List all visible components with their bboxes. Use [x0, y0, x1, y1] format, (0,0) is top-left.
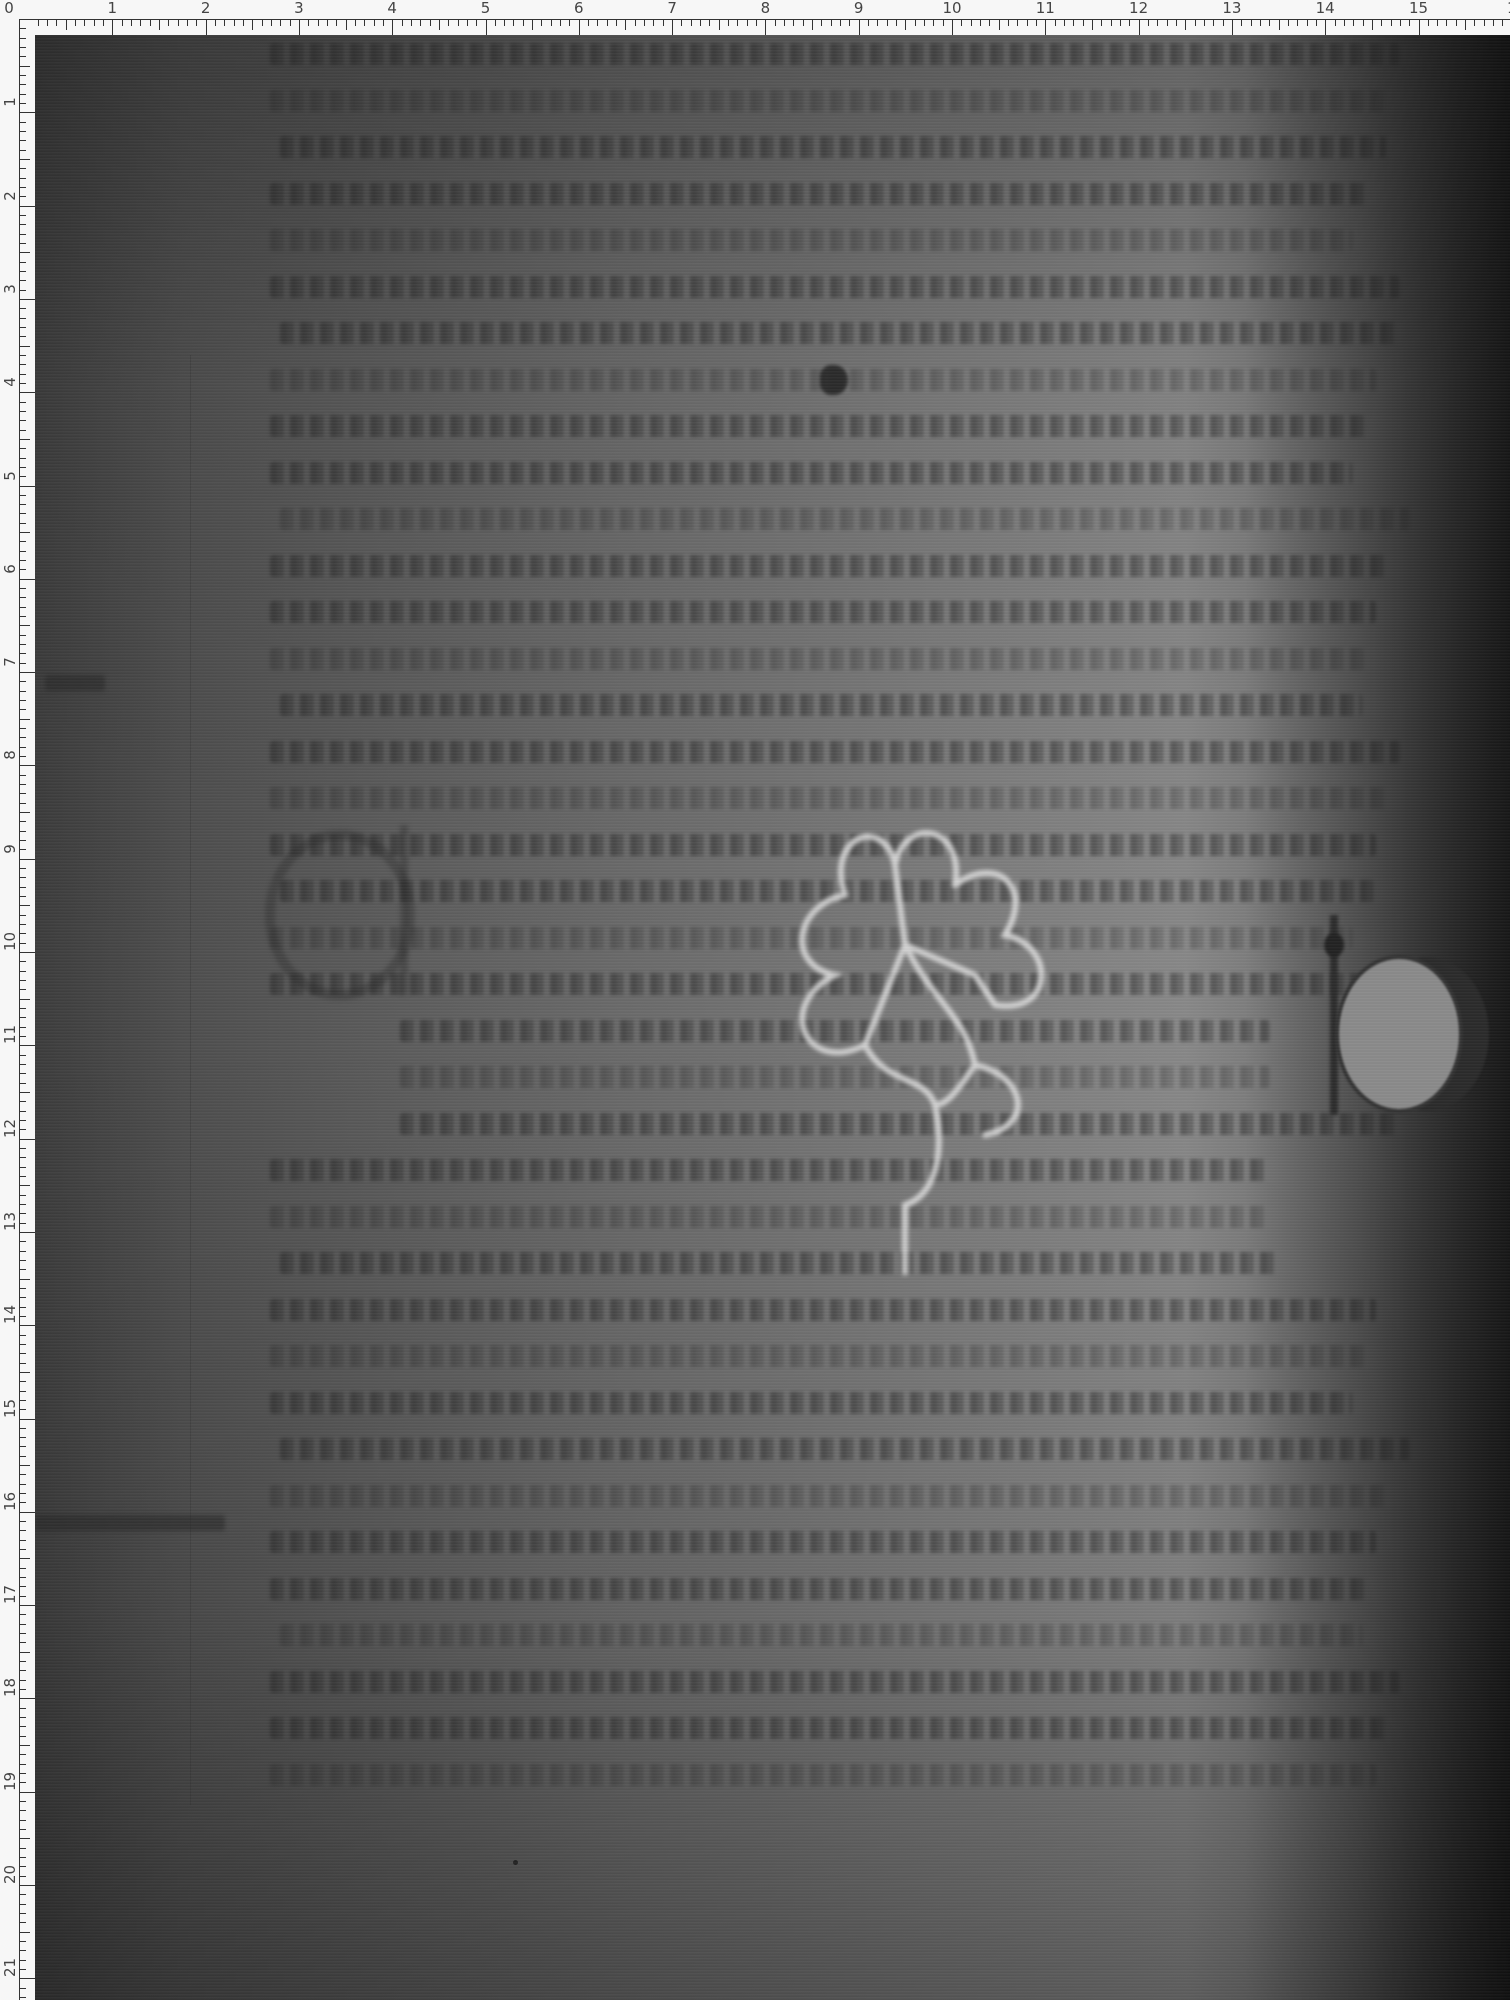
ruler-tick [1465, 19, 1466, 30]
ruler-tick [19, 1820, 26, 1821]
ruler-tick [877, 19, 878, 26]
manuscript-text-line [280, 322, 1398, 344]
ruler-tick [19, 663, 26, 664]
ruler-tick [775, 19, 776, 26]
ruler-tick [1232, 19, 1233, 35]
ghost-initial-d [265, 830, 415, 1000]
ruler-tick [19, 672, 35, 673]
ruler-tick [243, 19, 244, 26]
ruler-tick [19, 439, 30, 440]
ruler-tick [19, 1605, 35, 1606]
ruler-tick [719, 19, 720, 30]
ruler-tick [19, 635, 26, 636]
manuscript-text-line [270, 1299, 1376, 1321]
ruler-top-label: 1 [108, 0, 118, 16]
ruler-tick [1073, 19, 1074, 26]
ruler-tick [178, 19, 179, 26]
ruler-left-label: 10 [2, 933, 18, 951]
ruler-tick [19, 1241, 26, 1242]
ruler-tick [19, 1288, 26, 1289]
ruler-tick [19, 1017, 26, 1018]
ruler-tick [94, 19, 95, 26]
ruler-tick [784, 19, 785, 26]
ruler-tick [271, 19, 272, 26]
ruler-tick [84, 19, 85, 26]
ruler-tick [476, 19, 477, 26]
ruler-tick [1502, 19, 1503, 26]
ruler-tick [19, 299, 35, 300]
ruler-tick [1335, 19, 1336, 26]
margin-ruling-line [190, 355, 191, 1805]
ruler-tick [1036, 19, 1037, 26]
ruler-tick [19, 1456, 26, 1457]
manuscript-text-line [270, 1764, 1376, 1786]
ruler-tick [19, 1419, 35, 1420]
ruler-left-label: 9 [2, 840, 18, 858]
ruler-left-label: 1 [2, 93, 18, 111]
ruler-tick [19, 486, 35, 487]
ruler-tick [19, 140, 26, 141]
ruler-tick [19, 1838, 30, 1839]
ruler-tick [19, 1810, 26, 1811]
ruler-tick [19, 523, 26, 524]
ruler-tick [346, 19, 347, 30]
ruler-tick [66, 19, 67, 30]
ruler-tick [1241, 19, 1242, 26]
manuscript-text-line [270, 1671, 1400, 1693]
ruler-tick [19, 318, 26, 319]
ruler-left-baseline [19, 19, 20, 2000]
ink-speck [513, 1860, 518, 1865]
manuscript-text-line [270, 43, 1400, 65]
ruler-tick [19, 1325, 35, 1326]
ruler-tick [19, 1997, 26, 1998]
ruler-tick [19, 336, 26, 337]
ruler-tick [19, 1857, 26, 1858]
ruler-tick [19, 430, 26, 431]
ruler-tick [196, 19, 197, 26]
ruler-tick [19, 1372, 30, 1373]
ruler-tick [19, 728, 26, 729]
ruler-tick [803, 19, 804, 26]
ruler-tick [19, 271, 26, 272]
ruler-tick [19, 1922, 26, 1923]
ruler-tick [607, 19, 608, 26]
ruler-tick [1260, 19, 1261, 26]
ruler-tick [19, 719, 30, 720]
ruler-tick [19, 700, 26, 701]
ruler-tick [159, 19, 160, 30]
ruler-tick [19, 1530, 26, 1531]
ruler-tick [495, 19, 496, 26]
ruler-tick [19, 681, 26, 682]
ruler-tick [859, 19, 860, 35]
ruler-tick [19, 215, 26, 216]
ruler-tick [1139, 19, 1140, 35]
ruler-tick [19, 364, 26, 365]
ruler-tick [19, 467, 26, 468]
ruler-tick [616, 19, 617, 26]
ruler-tick [19, 1335, 26, 1336]
ruler-left-label: 18 [2, 1679, 18, 1697]
ruler-tick [19, 411, 26, 412]
ruler-tick [1167, 19, 1168, 26]
ruler-tick [140, 19, 141, 26]
ruler-tick [19, 234, 26, 235]
ruler-tick [19, 1111, 26, 1112]
ruler-tick [943, 19, 944, 26]
ruler-tick [933, 19, 934, 26]
small-initial-d [820, 365, 848, 395]
ruler-tick [1316, 19, 1317, 26]
ruler-tick [19, 812, 30, 813]
ruler-top-label: 10 [942, 0, 961, 16]
ruler-tick [756, 19, 757, 26]
ruler-tick [19, 1176, 26, 1177]
ruler-left-label: 13 [2, 1213, 18, 1231]
ruler-tick [19, 1624, 26, 1625]
ruler-tick [19, 644, 26, 645]
ruler-tick [19, 653, 26, 654]
ruler-tick [19, 1586, 26, 1587]
ruler-tick [19, 159, 30, 160]
ruler-tick [19, 187, 26, 188]
ruler-left-label: 14 [2, 1306, 18, 1324]
watermark-flower-icon [735, 775, 1095, 1275]
ruler-tick [19, 989, 26, 990]
ruler-tick [672, 19, 673, 35]
ruler-tick [355, 19, 356, 26]
ruler-tick [19, 19, 35, 20]
ruler-tick [19, 112, 35, 113]
ruler-tick [19, 1913, 26, 1914]
ruler-tick [19, 252, 30, 253]
ruler-tick [19, 1848, 26, 1849]
manuscript-text-line [270, 276, 1400, 298]
ruler-tick [47, 19, 48, 26]
ruler-tick [19, 1512, 35, 1513]
ruler-tick [635, 19, 636, 26]
ruler-tick [19, 1652, 30, 1653]
ruler-tick [75, 19, 76, 26]
ruler-tick [19, 1745, 30, 1746]
ruler-tick [19, 1251, 26, 1252]
ruler-tick [19, 1185, 30, 1186]
ruler-tick [588, 19, 589, 26]
ruler-tick [821, 19, 822, 26]
ruler-left-label: 12 [2, 1120, 18, 1138]
ruler-top-label: 5 [481, 0, 491, 16]
ruler-left-label: 5 [2, 467, 18, 485]
ruler-tick [19, 1558, 30, 1559]
ruler-tick [439, 19, 440, 30]
ruler-tick [19, 280, 26, 281]
manuscript-text-line [280, 136, 1386, 158]
ruler-tick [19, 1717, 26, 1718]
ruler-tick [19, 1792, 35, 1793]
ruler-tick [1372, 19, 1373, 30]
ruler-tick [19, 1540, 26, 1541]
ruler-tick [19, 1829, 26, 1830]
ruler-tick [19, 47, 26, 48]
ruler-tick [1185, 19, 1186, 30]
ruler-tick [19, 588, 26, 589]
ruler-tick [1027, 19, 1028, 26]
ruler-tick [19, 1885, 35, 1886]
ruler-tick [290, 19, 291, 26]
ruler-tick [1279, 19, 1280, 30]
ruler-tick [19, 1932, 30, 1933]
ruler-tick [19, 933, 26, 934]
manuscript-text-line [270, 741, 1400, 763]
ruler-tick [924, 19, 925, 26]
ruler-tick [19, 1596, 26, 1597]
ruler-tick [19, 961, 26, 962]
ruler-tick [793, 19, 794, 26]
ruler-tick [19, 616, 26, 617]
ruler-top: 01234567891011121314151 [0, 0, 1510, 35]
ruler-tick [19, 448, 26, 449]
ruler-tick [1129, 19, 1130, 26]
ruler-tick [1456, 19, 1457, 26]
manuscript-text-line [280, 1624, 1362, 1646]
ruler-tick [383, 19, 384, 26]
ruler-tick [1064, 19, 1065, 26]
ruler-tick [252, 19, 253, 30]
ruler-tick [19, 1064, 26, 1065]
ruler-tick [19, 607, 26, 608]
ruler-tick [19, 1092, 30, 1093]
ghost-initial-d-stem [400, 825, 408, 995]
ruler-tick [19, 1446, 26, 1447]
ruler-left-label: 19 [2, 1773, 18, 1791]
ruler-tick [19, 1204, 26, 1205]
ruler-tick [1400, 19, 1401, 26]
ruler-tick [262, 19, 263, 26]
ruler-tick [19, 541, 26, 542]
ruler-tick [19, 1353, 26, 1354]
ruler-tick [318, 19, 319, 26]
ruler-tick [19, 1269, 26, 1270]
ruler-origin-label: 0 [4, 0, 14, 16]
ruler-tick [19, 1698, 35, 1699]
ruler-tick [19, 831, 26, 832]
ruler-tick [19, 971, 26, 972]
ruler-tick [1344, 19, 1345, 26]
ruler-tick [19, 868, 26, 869]
ruler-tick [374, 19, 375, 26]
ruler-tick [19, 75, 26, 76]
ruler-top-label: 2 [201, 0, 211, 16]
ruler-tick [625, 19, 626, 30]
ruler-tick [19, 308, 26, 309]
ruler-left-label: 7 [2, 653, 18, 671]
ruler-tick [1055, 19, 1056, 26]
ruler-tick [19, 1223, 26, 1224]
ruler-tick [1437, 19, 1438, 26]
ruler-tick [19, 849, 26, 850]
ruler-tick [19, 38, 26, 39]
ruler-tick [112, 19, 113, 35]
ruler-tick [19, 66, 30, 67]
ruler-tick [19, 551, 26, 552]
ruler-tick [19, 476, 26, 477]
ruler-tick [19, 1950, 26, 1951]
ruler-tick [150, 19, 151, 26]
ruler-tick [560, 19, 561, 26]
ruler-tick [187, 19, 188, 26]
ruler-tick [19, 346, 30, 347]
ruler-tick [1092, 19, 1093, 30]
ruler-tick [19, 793, 26, 794]
ruler-left-label: 4 [2, 373, 18, 391]
ruler-left: 1234567891011121314151617181920210 [0, 0, 35, 2000]
ruler-tick [19, 1978, 35, 1979]
manuscript-text-line [280, 508, 1410, 530]
ruler-tick [737, 19, 738, 26]
ruler-tick [19, 262, 26, 263]
ruler-tick [19, 1876, 26, 1877]
ruler-tick [19, 1633, 26, 1634]
ruler-tick [19, 1129, 26, 1130]
ruler-tick [1363, 19, 1364, 26]
ruler-tick [19, 803, 26, 804]
ruler-tick [19, 1484, 26, 1485]
ruler-tick [122, 19, 123, 26]
ruler-tick [1157, 19, 1158, 26]
ruler-tick [19, 691, 26, 692]
ruler-tick [1045, 19, 1046, 35]
ruler-tick [1297, 19, 1298, 26]
ruler-tick [19, 1726, 26, 1727]
ruler-tick [19, 980, 26, 981]
ruler-left-label: 2 [2, 187, 18, 205]
ruler-tick [19, 1120, 26, 1121]
ruler-tick [19, 150, 26, 151]
ruler-tick [103, 19, 104, 26]
manuscript-text-line [280, 694, 1362, 716]
manuscript-text-line [270, 462, 1352, 484]
ruler-tick [19, 1960, 26, 1961]
ruler-tick [1008, 19, 1009, 26]
ruler-tick [448, 19, 449, 26]
ruler-tick [1269, 19, 1270, 26]
ruler-tick [19, 1391, 26, 1392]
ruler-tick [840, 19, 841, 26]
ruler-tick [19, 1073, 26, 1074]
ruler-left-label: 21 [2, 1959, 18, 1977]
ruler-tick [19, 1661, 26, 1662]
ruler-top-label: 8 [761, 0, 771, 16]
manuscript-scan [35, 35, 1510, 2000]
ruler-tick [19, 1316, 26, 1317]
ruler-tick [19, 887, 26, 888]
ruler-tick [19, 1083, 26, 1084]
ruler-tick [19, 784, 26, 785]
ruler-tick [504, 19, 505, 26]
ruler-tick [19, 28, 26, 29]
ruler-tick [19, 504, 26, 505]
ruler-tick [19, 1213, 26, 1214]
ruler-tick [541, 19, 542, 26]
ruler-tick [19, 952, 35, 953]
large-initial-b [1290, 895, 1490, 1115]
ruler-top-label: 9 [854, 0, 864, 16]
ruler-tick [952, 19, 953, 35]
ruler-tick [19, 374, 26, 375]
ruler-top-label: 3 [294, 0, 304, 16]
manuscript-text-line [270, 648, 1364, 670]
ruler-tick [1017, 19, 1018, 26]
ruler-tick [1307, 19, 1308, 26]
ruler-top-label: 7 [667, 0, 677, 16]
ruler-tick [1493, 19, 1494, 26]
ruler-tick [19, 1577, 26, 1578]
ruler-tick [364, 19, 365, 26]
ruler-tick [728, 19, 729, 26]
ruler-tick [19, 1521, 26, 1522]
ruler-left-label: 8 [2, 746, 18, 764]
ruler-top-label: 4 [387, 0, 397, 16]
ruler-tick [327, 19, 328, 26]
ruler-tick [19, 1307, 26, 1308]
ruler-tick [19, 495, 26, 496]
ruler-tick [19, 560, 26, 561]
ruler-tick [19, 513, 26, 514]
ruler-tick [19, 1167, 26, 1168]
ruler-tick [19, 579, 35, 580]
manuscript-text-line [270, 1345, 1364, 1367]
ruler-tick [1223, 19, 1224, 26]
ruler-tick [336, 19, 337, 26]
ruler-tick [19, 1689, 26, 1690]
initial-b-bowl [1335, 955, 1463, 1113]
ruler-tick [19, 355, 26, 356]
ruler-tick [19, 84, 26, 85]
ruler-tick [19, 1428, 26, 1429]
ruler-tick [19, 1260, 26, 1261]
ruler-tick [513, 19, 514, 26]
ruler-tick [653, 19, 654, 26]
ruler-tick [1419, 19, 1420, 35]
ruler-tick [392, 19, 393, 35]
ruler-top-label: 13 [1222, 0, 1241, 16]
ruler-tick [19, 206, 35, 207]
ruler-tick [523, 19, 524, 26]
ruler-tick [308, 19, 309, 26]
ruler-tick [19, 1195, 26, 1196]
ruler-tick [19, 1568, 26, 1569]
ruler-tick [19, 122, 26, 123]
ruler-tick [868, 19, 869, 26]
ruler-tick [19, 1344, 26, 1345]
marginal-note [45, 675, 105, 691]
ruler-tick [1446, 19, 1447, 26]
ruler-tick [19, 1381, 26, 1382]
ruler-tick [19, 383, 26, 384]
ruler-tick [971, 19, 972, 26]
ruler-tick [19, 1782, 26, 1783]
ruler-tick [168, 19, 169, 26]
ruler-tick [19, 327, 26, 328]
manuscript-text-line [270, 601, 1376, 623]
ruler-tick [420, 19, 421, 26]
ruler-tick [19, 1437, 26, 1438]
ruler-tick [1101, 19, 1102, 26]
manuscript-text-line [270, 1531, 1376, 1553]
ruler-tick [430, 19, 431, 26]
ruler-tick [19, 999, 30, 1000]
